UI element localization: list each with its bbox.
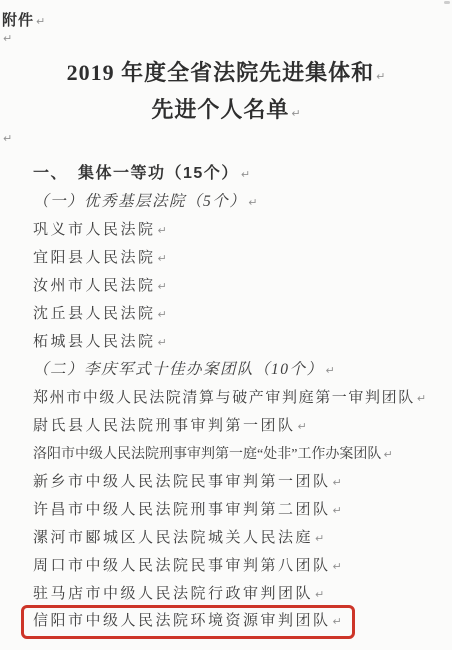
list-item-court: 巩义市人民法院↵ bbox=[33, 216, 452, 244]
list-item-team: 许昌市中级人民法院刑事审判第二团队↵ bbox=[33, 496, 452, 524]
list-item-team: 新乡市中级人民法院民事审判第一团队↵ bbox=[33, 468, 452, 496]
list-item-team-highlighted: 信阳市中级人民法院环境资源审判团队↵ bbox=[33, 608, 452, 636]
paragraph-mark-icon: ↵ bbox=[298, 420, 307, 433]
document-body: 一、集体一等功（15个）↵ （一）优秀基层法院（5个）↵ 巩义市人民法院↵ 宜阳… bbox=[33, 160, 452, 636]
list-item-court: 宜阳县人民法院↵ bbox=[33, 244, 452, 272]
paragraph-mark-icon: ↵ bbox=[241, 168, 250, 181]
paragraph-mark-icon: ↵ bbox=[333, 560, 342, 573]
list-item-team: 漯河市郾城区人民法院城关人民法庭↵ bbox=[33, 524, 452, 552]
document-page: 附件↵ ↵ 2019 年度全省法院先进集体和↵ 先进个人名单↵ ↵ 一、集体一等… bbox=[0, 0, 452, 650]
attachment-label: 附件 bbox=[2, 13, 34, 29]
scan-artifact bbox=[444, 1, 450, 4]
empty-paragraph: ↵ bbox=[1, 30, 452, 46]
list-item-court: 柘城县人民法院↵ bbox=[33, 328, 452, 356]
paragraph-mark-icon: ↵ bbox=[3, 32, 12, 45]
paragraph-mark-icon: ↵ bbox=[158, 336, 167, 349]
list-item-team: 周口市中级人民法院民事审判第八团队↵ bbox=[33, 552, 452, 580]
title-line-2: 先进个人名单↵ bbox=[0, 93, 452, 130]
list-item-court: 沈丘县人民法院↵ bbox=[33, 300, 452, 328]
list-item-court: 汝州市人民法院↵ bbox=[33, 272, 452, 300]
paragraph-mark-icon: ↵ bbox=[417, 392, 426, 405]
list-item-team: 郑州市中级人民法院清算与破产审判庭第一审判团队↵ bbox=[33, 384, 452, 412]
paragraph-mark-icon: ↵ bbox=[333, 476, 342, 489]
list-item-team: 洛阳市中级人民法院刑事审判第一庭“处非”工作办案团队↵ bbox=[33, 440, 452, 468]
paragraph-mark-icon: ↵ bbox=[158, 280, 167, 293]
paragraph-mark-icon: ↵ bbox=[333, 615, 342, 628]
empty-paragraph: ↵ bbox=[1, 130, 452, 146]
list-item-team: 尉氏县人民法院刑事审判第一团队↵ bbox=[33, 412, 452, 440]
paragraph-mark-icon: ↵ bbox=[36, 15, 45, 28]
paragraph-mark-icon: ↵ bbox=[158, 308, 167, 321]
paragraph-mark-icon: ↵ bbox=[333, 504, 342, 517]
subsection-1-heading: （一）优秀基层法院（5个）↵ bbox=[33, 188, 452, 216]
document-title: 2019 年度全省法院先进集体和↵ 先进个人名单↵ bbox=[0, 56, 452, 130]
section-number: 一、 bbox=[33, 165, 68, 182]
paragraph-mark-icon: ↵ bbox=[3, 132, 12, 145]
paragraph-mark-icon: ↵ bbox=[315, 588, 324, 601]
section-1-heading: 一、集体一等功（15个）↵ bbox=[33, 160, 452, 188]
paragraph-mark-icon: ↵ bbox=[158, 224, 167, 237]
paragraph-mark-icon: ↵ bbox=[291, 107, 300, 120]
paragraph-mark-icon: ↵ bbox=[383, 448, 392, 461]
highlight-box: 信阳市中级人民法院环境资源审判团队↵ bbox=[21, 605, 355, 639]
subsection-2-heading: （二）李庆军式十佳办案团队（10个）↵ bbox=[33, 356, 452, 384]
paragraph-mark-icon: ↵ bbox=[376, 70, 385, 83]
attachment-label-row: 附件↵ bbox=[2, 0, 452, 30]
list-item-team: 驻马店市中级人民法院行政审判团队↵ bbox=[33, 580, 452, 608]
paragraph-mark-icon: ↵ bbox=[158, 252, 167, 265]
paragraph-mark-icon: ↵ bbox=[315, 532, 324, 545]
paragraph-mark-icon: ↵ bbox=[248, 196, 257, 209]
paragraph-mark-icon: ↵ bbox=[326, 364, 335, 377]
section-title: 集体一等功（15个） bbox=[78, 165, 239, 182]
title-line-1: 2019 年度全省法院先进集体和↵ bbox=[0, 56, 452, 93]
